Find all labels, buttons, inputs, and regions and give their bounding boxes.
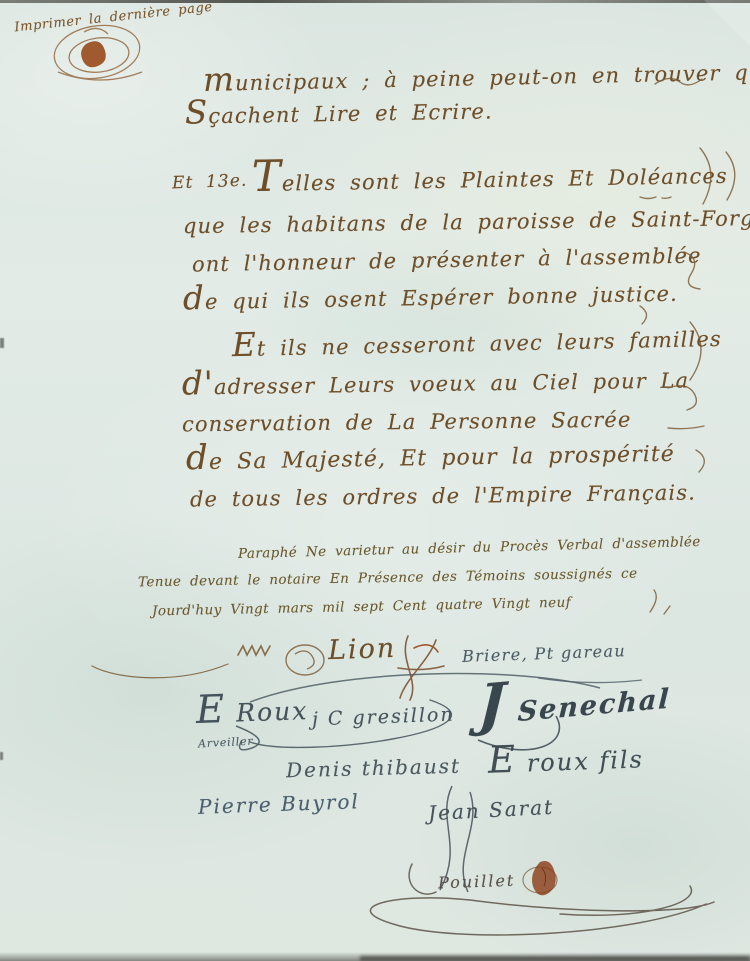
text-line-p1-4: de qui ils osent Espérer bonne justice. [183, 282, 678, 315]
text-line-p1-3: ont l'honneur de présenter à l'assemblée [192, 244, 702, 277]
scan-edge-bottom-right [360, 956, 750, 961]
signature-lion: Lion [327, 633, 396, 666]
signature-jean-sarat: Jean Sarat [427, 795, 554, 826]
wax-seal-blob [81, 41, 106, 67]
signature-briere: Briere, Pt gareau [462, 641, 627, 666]
briere-underline [538, 678, 642, 683]
pen-trial-squiggle [92, 646, 270, 678]
text-line-p2-1: Et ils ne cesseront avec leurs familles [232, 327, 722, 361]
text-line-closing-1: Paraphé Ne varietur au désir du Procès V… [238, 534, 701, 562]
text-line-intro-1: municipaux ; à peine peut-on en trouver … [203, 60, 750, 96]
signature-e-roux-fils: E roux fils [488, 745, 645, 778]
signature-denis-thibaust: Denis thibaust [286, 754, 462, 783]
text-line-intro-2: Sçachent Lire et Ecrire. [185, 99, 493, 128]
marginal-note: Imprimer la dernière page [14, 0, 214, 35]
signature-senechal: J Senechal [478, 683, 672, 731]
signature-gresillon: j C gresillon [312, 704, 455, 731]
signature-pouillet: Pouillet [438, 871, 516, 893]
text-line-closing-2: Tenue devant le notaire En Présence des … [138, 566, 638, 591]
text-line-closing-3: Jourd'huy Vingt mars mil sept Cent quatr… [152, 595, 571, 620]
text-line-p2-5: de tous les ordres de l'Empire Français. [190, 480, 696, 511]
manuscript-page: Imprimer la dernière page municipaux ; à… [0, 0, 750, 961]
text-line-p1-2: que les habitans de la paroisse de Saint… [183, 206, 750, 238]
bottom-seal-blob [523, 861, 557, 895]
text-line-p1-1: Telles sont les Plaintes Et Doléances [252, 164, 728, 196]
signature-e-roux: E Roux [196, 696, 309, 729]
pouillet-paraph-loops [370, 864, 714, 935]
signature-note-arveiller: Arveiller [198, 735, 254, 751]
scan-edge-nick-1 [0, 338, 4, 348]
article-marker: Et 13e. [172, 171, 248, 194]
signature-pierre-buyrol: Pierre Buyrol [198, 789, 361, 819]
text-line-p2-2: d'adresser Leurs voeux au Ciel pour La [182, 368, 689, 399]
scan-edge-nick-2 [0, 752, 3, 760]
paper-fold-top-right [704, 0, 750, 46]
round-stamp-doodle [286, 645, 324, 675]
scan-edge-top [0, 0, 750, 3]
text-line-p2-4: de Sa Majesté, Et pour la prospérité [186, 442, 675, 476]
text-line-p2-3: conservation de La Personne Sacrée [182, 408, 632, 437]
